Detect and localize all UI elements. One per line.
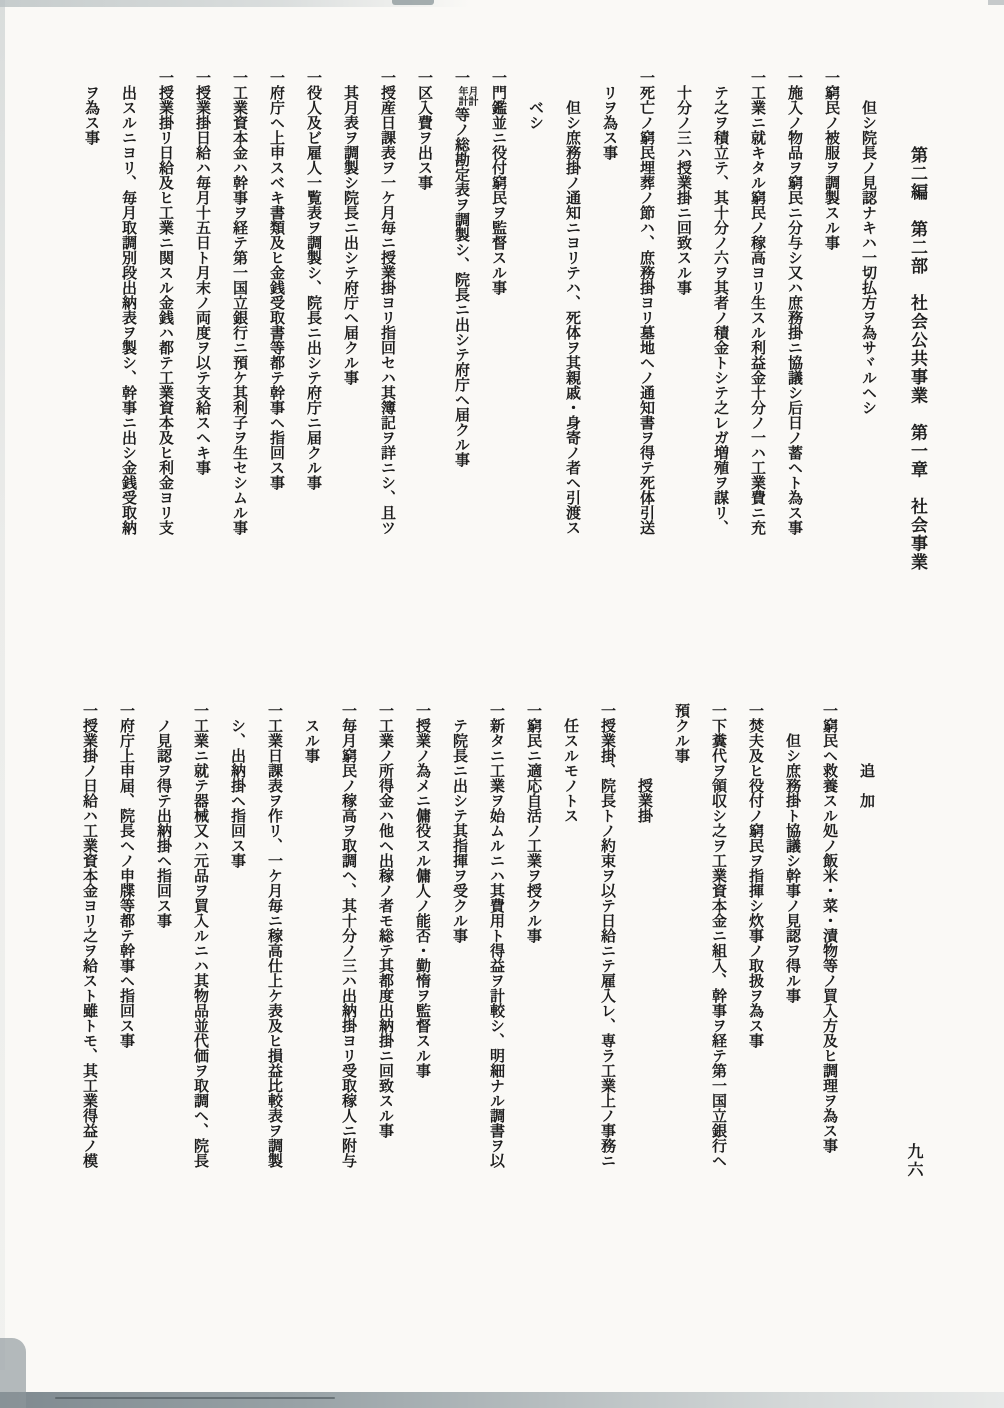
scan-edge-top-right bbox=[988, 0, 1004, 5]
scan-edge-top-mark bbox=[392, 0, 434, 5]
text-line: 預クル事 bbox=[662, 703, 699, 1353]
text-line: 一窮民ニ適応自活ノ工業ヲ授クル事 bbox=[514, 703, 551, 1353]
text-line: 一窮民ヘ救養スル処ノ飯米・菜・漬物等ノ買入方及ヒ調理ヲ為ス事 bbox=[810, 703, 847, 1353]
inline-note-warichu: 月計年計 bbox=[456, 86, 476, 106]
text-line: ノ見認ヲ得テ出納掛ヘ指回ス事 bbox=[144, 703, 181, 1353]
text-line: テ院長ニ出シテ其指揮ヲ受クル事 bbox=[440, 703, 477, 1353]
scan-edge-bottom bbox=[0, 1392, 1004, 1408]
text-line: 但シ院長ノ見認ナキハ一切払方ヲ為サヾルヘシ bbox=[849, 70, 886, 655]
scanned-book-page: { "page": { "header": "第二編 第二部 社会公共事業 第一… bbox=[0, 0, 1004, 1408]
text-line: 一府庁ヘ上申スベキ書類及ヒ金銭受取書等都テ幹事ヘ指回ス事 bbox=[257, 70, 294, 655]
text-line: 一工業ノ所得金ハ他ヘ出稼ノ者モ総テ其都度出納掛ニ回致スル事 bbox=[366, 703, 403, 1353]
text-line: 但シ庶務掛ノ通知ニヨリテハ、死体ヲ其親戚・身寄ノ者ヘ引渡ス bbox=[553, 70, 590, 655]
section-heading: 追 加 bbox=[847, 703, 884, 1353]
warichu-column: 年計 bbox=[456, 86, 466, 106]
text-line: 一区入費ヲ出ス事 bbox=[405, 70, 442, 655]
text-line: 一施入ノ物品ヲ窮民ニ分与シ又ハ庶務掛ニ協議シ后日ノ蓄ヘト為ス事 bbox=[775, 70, 812, 655]
text-line: 一工業資本金ハ幹事ヲ経テ第一国立銀行ニ預ケ其利子ヲ生セシムル事 bbox=[220, 70, 257, 655]
scan-edge-left bbox=[0, 0, 5, 1370]
text-line: 但シ庶務掛ト協議シ幹事ノ見認ヲ得ル事 bbox=[773, 703, 810, 1353]
text-line: スル事 bbox=[292, 703, 329, 1353]
text-line: テ之ヲ積立テ、其十分ノ六ヲ其者ノ積金トシテ之レガ増殖ヲ謀リ、 bbox=[701, 70, 738, 655]
scan-edge-bottom-line bbox=[55, 1397, 335, 1399]
text-line: 一下糞代ヲ領収シ之ヲ工業資本金ニ組入、幹事ヲ経テ第一国立銀行ヘ bbox=[699, 703, 736, 1353]
text-line: 其月表ヲ調製シ院長ニ出シテ府庁ヘ届クル事 bbox=[331, 70, 368, 655]
text-line: リヲ為ス事 bbox=[590, 70, 627, 655]
text-line: シ、出納掛ヘ指回ス事 bbox=[218, 703, 255, 1353]
text-line: 一授業掛日給ハ毎月十五日ト月末ノ両度ヲ以テ支給スヘキ事 bbox=[183, 70, 220, 655]
section-heading: 授業掛 bbox=[625, 703, 662, 1353]
text-line: 一窮民ノ被服ヲ調製スル事 bbox=[812, 70, 849, 655]
text-line: 一工業日課表ヲ作リ、一ケ月毎ニ稼高仕上ケ表及ヒ損益比較表ヲ調製 bbox=[255, 703, 292, 1353]
text-line: ベシ bbox=[516, 70, 553, 655]
text-line: 十分ノ三ハ授業掛ニ回致スル事 bbox=[664, 70, 701, 655]
text-line: 一授業掛ノ日給ハ工業資本金ヨリ之ヲ給スト雖トモ、其工業得益ノ模 bbox=[70, 703, 107, 1353]
text-line: 一新タニ工業ヲ始ムルニハ其費用ト得益ヲ計較シ、明細ナル調書ヲ以 bbox=[477, 703, 514, 1353]
text-line: 一府庁上申届、院長ヘノ申牒等都テ幹事ヘ指回ス事 bbox=[107, 703, 144, 1353]
text-line: 一焚夫及ヒ役付ノ窮民ヲ指揮シ炊事ノ取扱ヲ為ス事 bbox=[736, 703, 773, 1353]
text-line: 一授産日課表ヲ一ケ月毎ニ授業掛ヨリ指回セハ其簿記ヲ詳ニシ、且ツ bbox=[368, 70, 405, 655]
running-head: 第二編 第二部 社会公共事業 第一章 社会事業 bbox=[900, 146, 930, 606]
text-line: 一門鑑並ニ役付窮民ヲ監督スル事 bbox=[479, 70, 516, 655]
warichu-column: 月計 bbox=[466, 86, 476, 106]
regulations-lower-block: 追 加一窮民ヘ救養スル処ノ飯米・菜・漬物等ノ買入方及ヒ調理ヲ為ス事但シ庶務掛ト協… bbox=[68, 703, 884, 1353]
text-line: 一授業ノ為メニ傭役スル傭人ノ能否・勤惰ヲ監督スル事 bbox=[403, 703, 440, 1353]
text-line: 一工業ニ就キタル窮民ノ稼高ヨリ生スル利益金十分ノ一ハ工業費ニ充 bbox=[738, 70, 775, 655]
text-line: 任スルモノトス bbox=[551, 703, 588, 1353]
text-line: 一授業掛、院長トノ約束ヲ以テ日給ニテ雇入レ、専ラ工業上ノ事務ニ bbox=[588, 703, 625, 1353]
text-line: ヲ為ス事 bbox=[72, 70, 109, 655]
page-number: 九六 bbox=[901, 1143, 925, 1203]
text-line: 一役人及ビ雇人一覧表ヲ調製シ、院長ニ出シテ府庁ニ届クル事 bbox=[294, 70, 331, 655]
text-line: 一工業ニ就テ器械又ハ元品ヲ買入ルニハ其物品並代価ヲ取調ヘ、院長 bbox=[181, 703, 218, 1353]
text-line: 一毎月窮民ノ稼高ヲ取調ヘ、其十分ノ三ハ出納掛ヨリ受取稼人ニ附与 bbox=[329, 703, 366, 1353]
text-line: 一授業掛リ日給及ヒ工業ニ関スル金銭ハ都テ工業資本及ヒ利金ヨリ支 bbox=[146, 70, 183, 655]
text-line: 一月計年計等ノ総勘定表ヲ調製シ、院長ニ出シテ府庁ヘ届クル事 bbox=[442, 70, 479, 655]
scan-edge-top bbox=[0, 0, 470, 7]
paper-background: 第二編 第二部 社会公共事業 第一章 社会事業 但シ院長ノ見認ナキハ一切払方ヲ為… bbox=[0, 0, 1004, 1408]
scan-edge-bottom-left-corner bbox=[0, 1338, 26, 1408]
regulations-upper-block: 但シ院長ノ見認ナキハ一切払方ヲ為サヾルヘシ一窮民ノ被服ヲ調製スル事一施入ノ物品ヲ… bbox=[70, 70, 886, 655]
text-line: 一死亡ノ窮民埋葬ノ節ハ、庶務掛ヨリ墓地ヘノ通知書ヲ得テ死体引送 bbox=[627, 70, 664, 655]
text-line: 出スルニヨリ、毎月取調別段出納表ヲ製シ、幹事ニ出シ金銭受取納 bbox=[109, 70, 146, 655]
